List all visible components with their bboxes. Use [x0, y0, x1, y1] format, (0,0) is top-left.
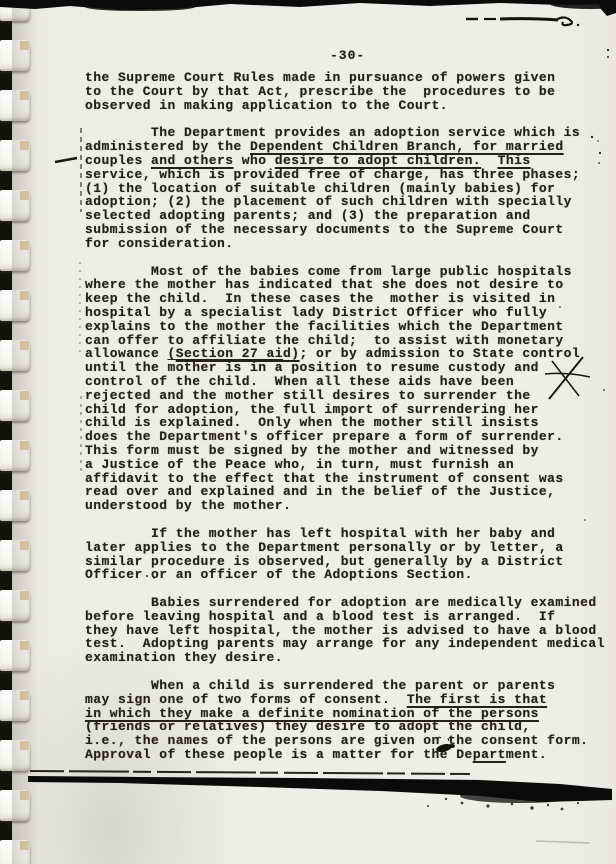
text-line: control of the child. When all these aid… [85, 375, 605, 389]
text-line: This form must be signed by the mother a… [85, 444, 605, 458]
paragraph: Babies surrendered for adoption are medi… [85, 596, 605, 665]
text-segment: child for adoption, the full import of s… [85, 402, 539, 417]
text-segment: who [234, 153, 275, 168]
text-segment: a Justice of the Peace who, in turn, mus… [85, 457, 514, 472]
text-line: selected adopting parents; and (3) the p… [85, 209, 605, 223]
text-line: child for adoption, the full import of s… [85, 403, 605, 417]
underlined-text: in which they make a definite nomination… [85, 706, 539, 721]
text-line: service, which is provided free of charg… [85, 168, 605, 182]
text-segment: until the [85, 360, 168, 375]
paragraph: If the mother has left hospital with her… [85, 527, 605, 582]
paragraph: When a child is surrendered the parent o… [85, 679, 605, 762]
text-segment: service, which is provided free of charg… [85, 167, 580, 182]
text-segment: examination they desire. [85, 650, 283, 665]
text-line: Approval of these people is a matter for… [85, 748, 605, 762]
text-line: for consideration. [85, 237, 605, 251]
text-segment: does the Department's officer prepare a … [85, 429, 564, 444]
text-segment: selected adopting parents; and (3) the p… [85, 208, 531, 223]
text-line: until the mother is in a position to res… [85, 361, 605, 375]
underlined-text: part [473, 747, 506, 762]
underlined-text: Dependent Children Branch, for married [250, 139, 564, 154]
text-line: before leaving hospital and a blood test… [85, 610, 605, 624]
faint-bottom-line [536, 841, 590, 843]
text-segment: may sign one of two forms of consent. [85, 692, 407, 707]
text-segment: explains to the mother the facilities wh… [85, 319, 564, 334]
text-line: administered by the Dependent Children B… [85, 140, 605, 154]
text-segment: Approval of these people is a matter for… [85, 747, 473, 762]
top-right-ink-streak [466, 18, 579, 27]
text-segment: adoption; (2) the placement of such chil… [85, 194, 572, 209]
text-segment: position to resume custody and [283, 360, 539, 375]
text-segment: understood by the mother. [85, 498, 291, 513]
text-line: examination they desire. [85, 651, 605, 665]
text-segment: they have left hospital, the mother is a… [85, 623, 597, 638]
text-line: the Supreme Court Rules made in pursuanc… [85, 71, 605, 85]
text-line: child is explained. Only when the mother… [85, 416, 605, 430]
text-segment: control of the child. When all these aid… [85, 374, 514, 389]
text-line: to the Court by that Act, prescribe the … [85, 85, 605, 99]
text-segment: later applies to the Department personal… [85, 540, 564, 555]
text-segment: Most of the babies come from large publi… [85, 264, 572, 279]
text-segment: keep the child. In these cases the mothe… [85, 291, 555, 306]
document-page: -30- the Supreme Court Rules made in pur… [0, 0, 616, 864]
top-edge-smear [0, 0, 616, 16]
left-margin-marks [55, 128, 81, 474]
text-segment: administered by the [85, 139, 250, 154]
underlined-text: and others [151, 153, 234, 168]
text-segment: for consideration. [85, 236, 234, 251]
text-line: later applies to the Department personal… [85, 541, 605, 555]
text-segment: observed in making application to the Co… [85, 98, 448, 113]
text-line: hospital by a specialist lady District O… [85, 306, 605, 320]
text-line: test. Adopting parents may arrange for a… [85, 637, 605, 651]
text-segment: submission of the necessary documents to… [85, 222, 564, 237]
text-line: Most of the babies come from large publi… [85, 265, 605, 279]
text-line: (1) the location of suitable children (m… [85, 182, 605, 196]
text-line: keep the child. In these cases the mothe… [85, 292, 605, 306]
page-edge-shadow [12, 0, 38, 864]
text-segment: the Supreme Court Rules made in pursuanc… [85, 70, 555, 85]
text-segment: If the mother has left hospital with her… [85, 526, 555, 541]
text-line: where the mother has indicated that she … [85, 278, 605, 292]
bottom-ink-band [28, 771, 612, 810]
text-segment: This form must be signed by the mother a… [85, 443, 539, 458]
text-line: affidavit to the effect that the instrum… [85, 472, 605, 486]
text-segment: i.e., the names of the persons are given… [85, 733, 588, 748]
underlined-text: This [498, 153, 531, 168]
text-segment: Babies surrendered for adoption are medi… [85, 595, 597, 610]
text-line: read over and explained and in the belie… [85, 485, 605, 499]
text-segment: mother is in a [168, 360, 284, 375]
text-line: i.e., the names of the persons are given… [85, 734, 605, 748]
text-line: (friends or relatives) they desire to ad… [85, 720, 605, 734]
text-segment: to the Court by that Act, prescribe the … [85, 84, 555, 99]
text-line: adoption; (2) the placement of such chil… [85, 195, 605, 209]
text-segment: rejected and the mother still desires to… [85, 388, 531, 403]
text-line: couples and others who desire to adopt c… [85, 154, 605, 168]
underlined-text: The first is that [407, 692, 547, 707]
text-segment: affidavit to the effect that the instrum… [85, 471, 564, 486]
text-segment: can offer to affiliate the child; to ass… [85, 333, 564, 348]
text-line: submission of the necessary documents to… [85, 223, 605, 237]
page-number: -30- [330, 48, 365, 63]
text-line: observed in making application to the Co… [85, 99, 605, 113]
text-segment: where the mother has indicated that she … [85, 277, 564, 292]
text-segment: Officer or an officer of the Adoptions S… [85, 567, 473, 582]
text-segment: hospital by a specialist lady District O… [85, 305, 547, 320]
text-segment: ment. [506, 747, 547, 762]
text-segment: couples [85, 153, 151, 168]
text-line: Babies surrendered for adoption are medi… [85, 596, 605, 610]
document-text: the Supreme Court Rules made in pursuanc… [85, 71, 605, 776]
underlined-text: desire to adopt children. [275, 153, 481, 168]
paragraph: The Department provides an adoption serv… [85, 126, 605, 250]
text-segment: When a child is surrendered the parent o… [85, 678, 555, 693]
text-line: Officer or an officer of the Adoptions S… [85, 568, 605, 582]
text-line: in which they make a definite nomination… [85, 707, 605, 721]
text-segment: test. Adopting parents may arrange for a… [85, 636, 605, 651]
text-segment: (friends or relatives) they desire to ad… [85, 719, 531, 734]
text-line: they have left hospital, the mother is a… [85, 624, 605, 638]
text-line: a Justice of the Peace who, in turn, mus… [85, 458, 605, 472]
text-line: explains to the mother the facilities wh… [85, 320, 605, 334]
text-line: does the Department's officer prepare a … [85, 430, 605, 444]
text-segment: child is explained. Only when the mother… [85, 415, 539, 430]
paragraph: the Supreme Court Rules made in pursuanc… [85, 71, 605, 112]
text-segment: before leaving hospital and a blood test… [85, 609, 555, 624]
text-line: rejected and the mother still desires to… [85, 389, 605, 403]
text-line: The Department provides an adoption serv… [85, 126, 605, 140]
text-line: may sign one of two forms of consent. Th… [85, 693, 605, 707]
text-line: If the mother has left hospital with her… [85, 527, 605, 541]
text-line: similar procedure is observed, but gener… [85, 555, 605, 569]
paragraph: Most of the babies come from large publi… [85, 265, 605, 513]
text-segment: (1) the location of suitable children (m… [85, 181, 555, 196]
text-line: understood by the mother. [85, 499, 605, 513]
text-line: When a child is surrendered the parent o… [85, 679, 605, 693]
text-segment: read over and explained and in the belie… [85, 484, 555, 499]
text-segment [481, 153, 498, 168]
text-line: can offer to affiliate the child; to ass… [85, 334, 605, 348]
text-segment: similar procedure is observed, but gener… [85, 554, 564, 569]
text-segment: The Department provides an adoption serv… [85, 125, 580, 140]
